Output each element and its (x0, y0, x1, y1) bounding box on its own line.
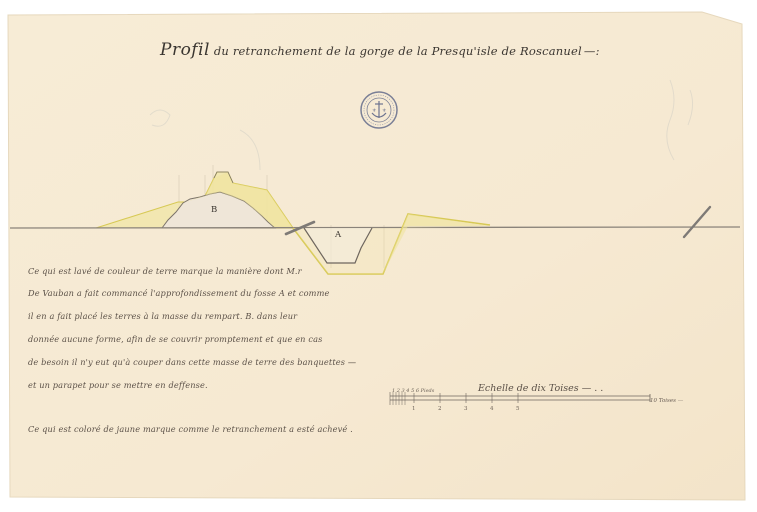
title-text: du retranchement de la gorge de la Presq… (210, 44, 582, 58)
note-line-5: de besoin il n'y eut qu'à couper dans ce… (28, 357, 356, 367)
document-title: Profil du retranchement de la gorge de l… (160, 40, 600, 60)
manuscript-sheet: ⚜ ⚜ (0, 0, 757, 512)
title-initial: Profil (160, 40, 210, 60)
scale-feet-label: 1 2 3 4 5 6 Pieds (392, 388, 434, 394)
note-line-7: Ce qui est coloré de jaune marque comme … (28, 424, 353, 434)
rampart-label-b: B (211, 205, 217, 215)
scale-tick-5: 5 (516, 406, 520, 412)
note-line-1: Ce qui est lavé de couleur de terre marq… (28, 266, 302, 276)
scale-title-text: Echelle de dix Toises (478, 383, 579, 394)
scale-title: Echelle de dix Toises — . . (478, 383, 603, 394)
title-trail: —: (584, 44, 600, 58)
scale-tick-4: 4 (490, 406, 494, 412)
note-line-2: De Vauban a fait commancé l'approfondiss… (28, 288, 329, 298)
note-line-4: donnée aucune forme, afin de se couvrir … (28, 334, 322, 344)
scale-end-label: 10 Toises — (650, 398, 683, 404)
note-line-6: et un parapet pour se mettre en deffense… (28, 380, 208, 390)
svg-text:⚜: ⚜ (382, 108, 386, 114)
scale-tick-1: 1 (412, 406, 416, 412)
note-line-3: il en a fait placé les terres à la masse… (28, 311, 297, 321)
ditch-label-a: A (335, 230, 341, 240)
scale-title-trail: — . . (582, 383, 604, 394)
scale-tick-2: 2 (438, 406, 442, 412)
svg-text:⚜: ⚜ (372, 108, 376, 114)
scale-tick-3: 3 (464, 406, 468, 412)
